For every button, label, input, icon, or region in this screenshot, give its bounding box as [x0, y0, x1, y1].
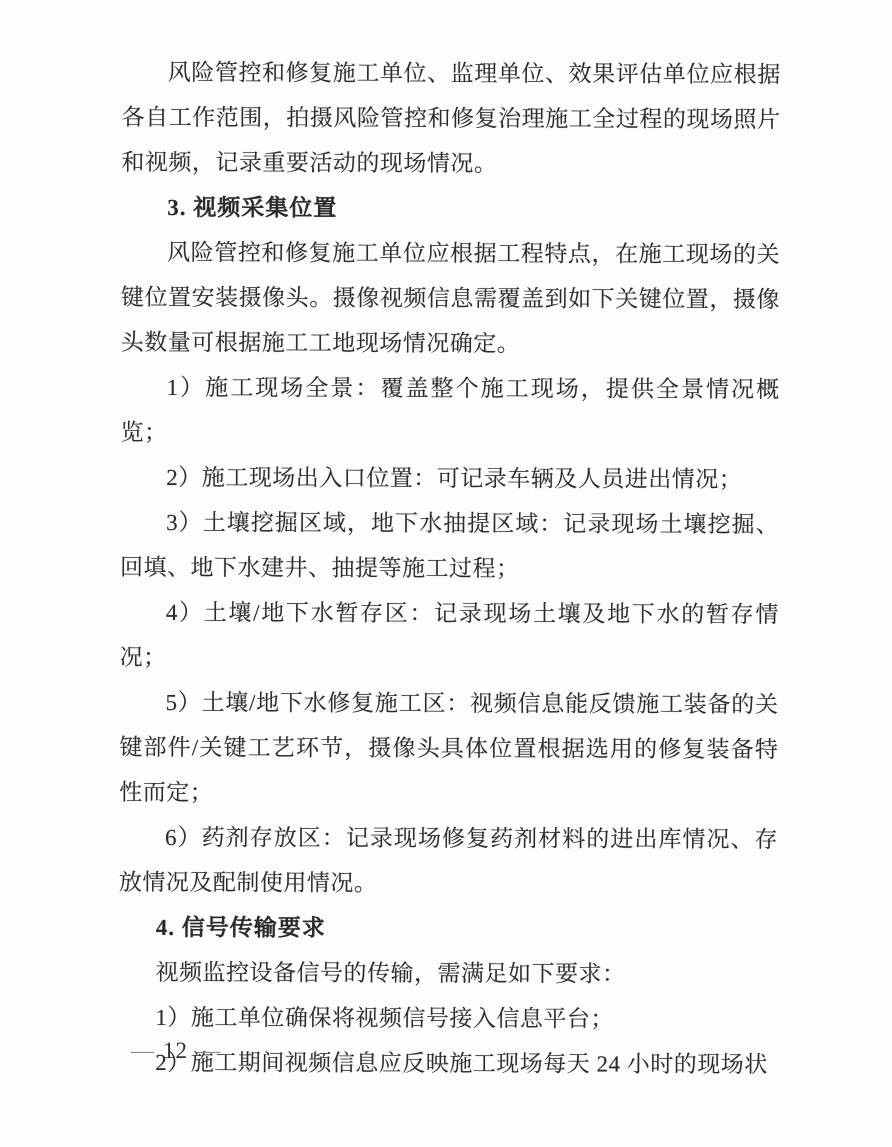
page-footer: —12— — [122, 1031, 229, 1071]
footer-dash-right: — — [188, 1038, 229, 1063]
page-number: 12 — [163, 1038, 188, 1063]
list-item-2: 2）施工现场出入口位置：可记录车辆及人员进出情况； — [120, 455, 779, 502]
page-body-text: 风险管控和修复施工单位、监理单位、效果评估单位应根据各自工作范围，拍摄风险管控和… — [118, 50, 781, 1087]
list-item-1: 1）施工现场全景：覆盖整个施工现场，提供全景情况概览； — [120, 365, 779, 457]
document-page: 风险管控和修复施工单位、监理单位、效果评估单位应根据各自工作范围，拍摄风险管控和… — [0, 0, 892, 1147]
paragraph-camera-positions: 风险管控和修复施工单位应根据工程特点，在施工现场的关键位置安装摄像头。摄像视频信… — [121, 230, 780, 367]
list-item-4: 4）土壤/地下水暂存区：记录现场土壤及地下水的暂存情况； — [120, 590, 779, 682]
list-item-6: 6）药剂存放区：记录现场修复药剂材料的进出库情况、存放情况及配制使用情况。 — [119, 815, 778, 907]
heading-section-3: 3. 视频采集位置 — [121, 185, 780, 232]
paragraph-intro: 风险管控和修复施工单位、监理单位、效果评估单位应根据各自工作范围，拍摄风险管控和… — [121, 50, 780, 187]
list-item-3: 3）土壤挖掘区域，地下水抽提区域：记录现场土壤挖掘、回填、地下水建井、抽提等施工… — [120, 500, 779, 592]
footer-dash-left: — — [122, 1038, 163, 1063]
list-item-5: 5）土壤/地下水修复施工区：视频信息能反馈施工装备的关键部件/关键工艺环节，摄像… — [119, 680, 778, 817]
paragraph-transmission-intro: 视频监控设备信号的传输，需满足如下要求： — [119, 950, 778, 997]
heading-section-4: 4. 信号传输要求 — [119, 905, 778, 952]
